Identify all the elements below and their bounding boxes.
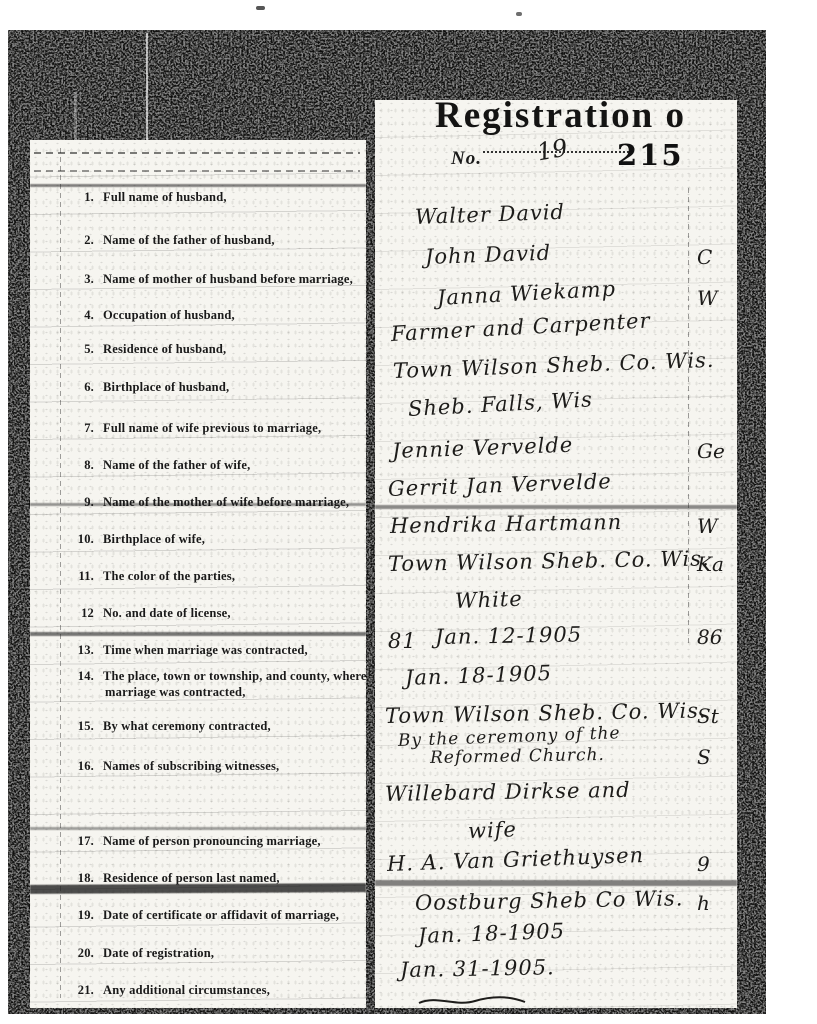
form-page: 1.Full name of husband, 2.Name of the fa… bbox=[30, 140, 366, 1008]
entry-registration-date: Jan. 31-1905. bbox=[400, 955, 555, 982]
entry-pronouncer-residence: Oostburg Sheb Co Wis. bbox=[415, 886, 684, 915]
entry-husband-birthplace: Sheb. Falls, Wis bbox=[407, 387, 593, 421]
field-label: Date of certificate or affidavit of marr… bbox=[103, 908, 339, 922]
header-rule bbox=[34, 170, 360, 172]
scan-scratch bbox=[146, 33, 148, 143]
form-field-row: 21.Any additional circumstances, bbox=[72, 983, 270, 998]
form-field-row: 10.Birthplace of wife, bbox=[72, 532, 205, 547]
form-field-row: 20.Date of registration, bbox=[72, 946, 214, 961]
field-label: Names of subscribing witnesses, bbox=[103, 759, 279, 773]
field-number: 9. bbox=[72, 495, 94, 510]
form-field-row: 12No. and date of license, bbox=[72, 606, 231, 621]
cutoff-text-fragment: W bbox=[697, 514, 718, 538]
entry-wife-name: Jennie Vervelde bbox=[392, 433, 574, 463]
form-field-row: 16.Names of subscribing witnesses, bbox=[72, 759, 279, 774]
cutoff-text-fragment: 86 bbox=[697, 625, 722, 649]
field-label: Residence of husband, bbox=[103, 342, 226, 356]
field-label: Name of mother of husband before marriag… bbox=[103, 272, 353, 286]
field-number: 4. bbox=[72, 308, 94, 323]
field-label: Date of registration, bbox=[103, 946, 214, 960]
registration-no-value: 19 bbox=[535, 134, 570, 167]
cutoff-text-fragment: h bbox=[697, 891, 710, 915]
field-label: Name of the father of wife, bbox=[103, 458, 250, 472]
entry-wife-father: Gerrit Jan Vervelde bbox=[388, 469, 613, 501]
scan-speck bbox=[256, 6, 265, 10]
field-number: 6. bbox=[72, 380, 94, 395]
field-label: No. and date of license, bbox=[103, 606, 231, 620]
field-label: Any additional circumstances, bbox=[103, 983, 270, 997]
field-label: Full name of husband, bbox=[103, 190, 227, 204]
form-field-row: 15.By what ceremony contracted, bbox=[72, 719, 271, 734]
scan-scratch bbox=[74, 92, 77, 140]
entry-color: White bbox=[455, 587, 523, 613]
form-field-row: 18.Residence of person last named, bbox=[72, 871, 280, 886]
form-field-row: 7.Full name of wife previous to marriage… bbox=[72, 421, 321, 436]
field-number: 3. bbox=[72, 272, 94, 287]
field-number: 16. bbox=[72, 759, 94, 774]
entry-place-contracted: Town Wilson Sheb. Co. Wis. bbox=[385, 698, 707, 728]
field-number: 1. bbox=[72, 190, 94, 205]
entry-husband-residence: Town Wilson Sheb. Co. Wis. bbox=[393, 348, 715, 383]
field-number: 13. bbox=[72, 643, 94, 658]
form-field-row: 11.The color of the parties, bbox=[72, 569, 235, 584]
scan-smear bbox=[30, 632, 366, 636]
field-label: Occupation of husband, bbox=[103, 308, 235, 322]
field-number: 10. bbox=[72, 532, 94, 547]
cutoff-text-fragment: S bbox=[697, 745, 711, 769]
entry-husband-mother: Janna Wiekamp bbox=[436, 277, 616, 310]
cutoff-text-fragment: St bbox=[697, 704, 719, 728]
entry-wife-birthplace: Town Wilson Sheb. Co. Wis. bbox=[388, 546, 710, 576]
entry-time-contracted: Jan. 18-1905 bbox=[405, 661, 553, 690]
field-number: 21. bbox=[72, 983, 94, 998]
cutoff-text-fragment: Ge bbox=[697, 439, 725, 463]
form-field-row: 6.Birthplace of husband, bbox=[72, 380, 229, 395]
flourish-mark bbox=[417, 993, 527, 1008]
cutoff-text-fragment: C bbox=[697, 245, 712, 269]
entries-page: Registration o No. 19 215 Walter David J… bbox=[375, 100, 737, 1008]
entry-husband-occupation: Farmer and Carpenter bbox=[390, 308, 651, 346]
field-number: 12 bbox=[72, 606, 94, 621]
field-number: 2. bbox=[72, 233, 94, 248]
scan-smear bbox=[375, 505, 737, 509]
field-label: Residence of person last named, bbox=[103, 871, 280, 885]
cutoff-text-fragment: W bbox=[697, 286, 718, 310]
entry-husband-father: John David bbox=[425, 241, 552, 269]
scan-smear bbox=[375, 880, 737, 886]
form-field-row: 1.Full name of husband, bbox=[72, 190, 227, 205]
field-number: 15. bbox=[72, 719, 94, 734]
entry-pronouncer: H. A. Van Griethuysen bbox=[387, 843, 645, 876]
form-field-row: 19.Date of certificate or affidavit of m… bbox=[72, 908, 339, 923]
field-number: 19. bbox=[72, 908, 94, 923]
form-field-row: 14.The place, town or township, and coun… bbox=[72, 669, 366, 684]
entry-license-date: Jan. 12-1905 bbox=[435, 622, 582, 649]
entry-wife-mother: Hendrika Hartmann bbox=[390, 510, 623, 538]
field-label: marriage was contracted, bbox=[105, 685, 246, 699]
field-number: 17. bbox=[72, 834, 94, 849]
page-title: Registration o bbox=[435, 100, 686, 137]
field-number: 8. bbox=[72, 458, 94, 473]
entry-license-no: 81 bbox=[388, 629, 417, 653]
column-rule bbox=[688, 188, 689, 643]
form-field-row: 9.Name of the mother of wife before marr… bbox=[72, 495, 349, 510]
field-number: 11. bbox=[72, 569, 94, 584]
field-number: 14. bbox=[72, 669, 94, 684]
form-field-row: 3.Name of mother of husband before marri… bbox=[72, 272, 353, 287]
header-rule bbox=[34, 152, 360, 154]
field-label: Time when marriage was contracted, bbox=[103, 643, 308, 657]
form-field-row-cont: marriage was contracted, bbox=[105, 685, 246, 700]
form-field-row: 2.Name of the father of husband, bbox=[72, 233, 275, 248]
field-label: Birthplace of husband, bbox=[103, 380, 229, 394]
scan-smear bbox=[30, 184, 366, 187]
form-field-row: 4.Occupation of husband, bbox=[72, 308, 235, 323]
field-number: 7. bbox=[72, 421, 94, 436]
margin-rule bbox=[60, 148, 61, 998]
field-label: Name of the father of husband, bbox=[103, 233, 275, 247]
field-label: By what ceremony contracted, bbox=[103, 719, 271, 733]
field-number: 18. bbox=[72, 871, 94, 886]
scan-smear bbox=[30, 827, 366, 830]
page-number-stamp: 215 bbox=[617, 138, 684, 172]
form-field-row: 8.Name of the father of wife, bbox=[72, 458, 250, 473]
field-label: The color of the parties, bbox=[103, 569, 235, 583]
field-label: Birthplace of wife, bbox=[103, 532, 205, 546]
form-field-row: 13.Time when marriage was contracted, bbox=[72, 643, 308, 658]
scan-speck bbox=[516, 12, 522, 16]
entry-ceremony-line2: Reformed Church. bbox=[430, 745, 605, 768]
entry-witnesses-line1: Willebard Dirkse and bbox=[385, 778, 631, 806]
cutoff-text-fragment: Ka bbox=[697, 552, 724, 576]
field-label: Full name of wife previous to marriage, bbox=[103, 421, 321, 435]
field-label: Name of person pronouncing marriage, bbox=[103, 834, 321, 848]
field-number: 20. bbox=[72, 946, 94, 961]
form-field-row: 5.Residence of husband, bbox=[72, 342, 226, 357]
cutoff-text-fragment: 9 bbox=[697, 852, 710, 876]
entry-certificate-date: Jan. 18-1905 bbox=[418, 919, 566, 948]
scanned-marriage-registration: 1.Full name of husband, 2.Name of the fa… bbox=[0, 0, 817, 1024]
entry-witnesses-line2: wife bbox=[468, 817, 518, 843]
field-label: The place, town or township, and county,… bbox=[103, 669, 366, 683]
entry-husband-name: Walter David bbox=[415, 200, 566, 229]
field-label: Name of the mother of wife before marria… bbox=[103, 495, 349, 509]
field-number: 5. bbox=[72, 342, 94, 357]
registration-no-label: No. bbox=[451, 148, 482, 170]
form-field-row: 17.Name of person pronouncing marriage, bbox=[72, 834, 321, 849]
